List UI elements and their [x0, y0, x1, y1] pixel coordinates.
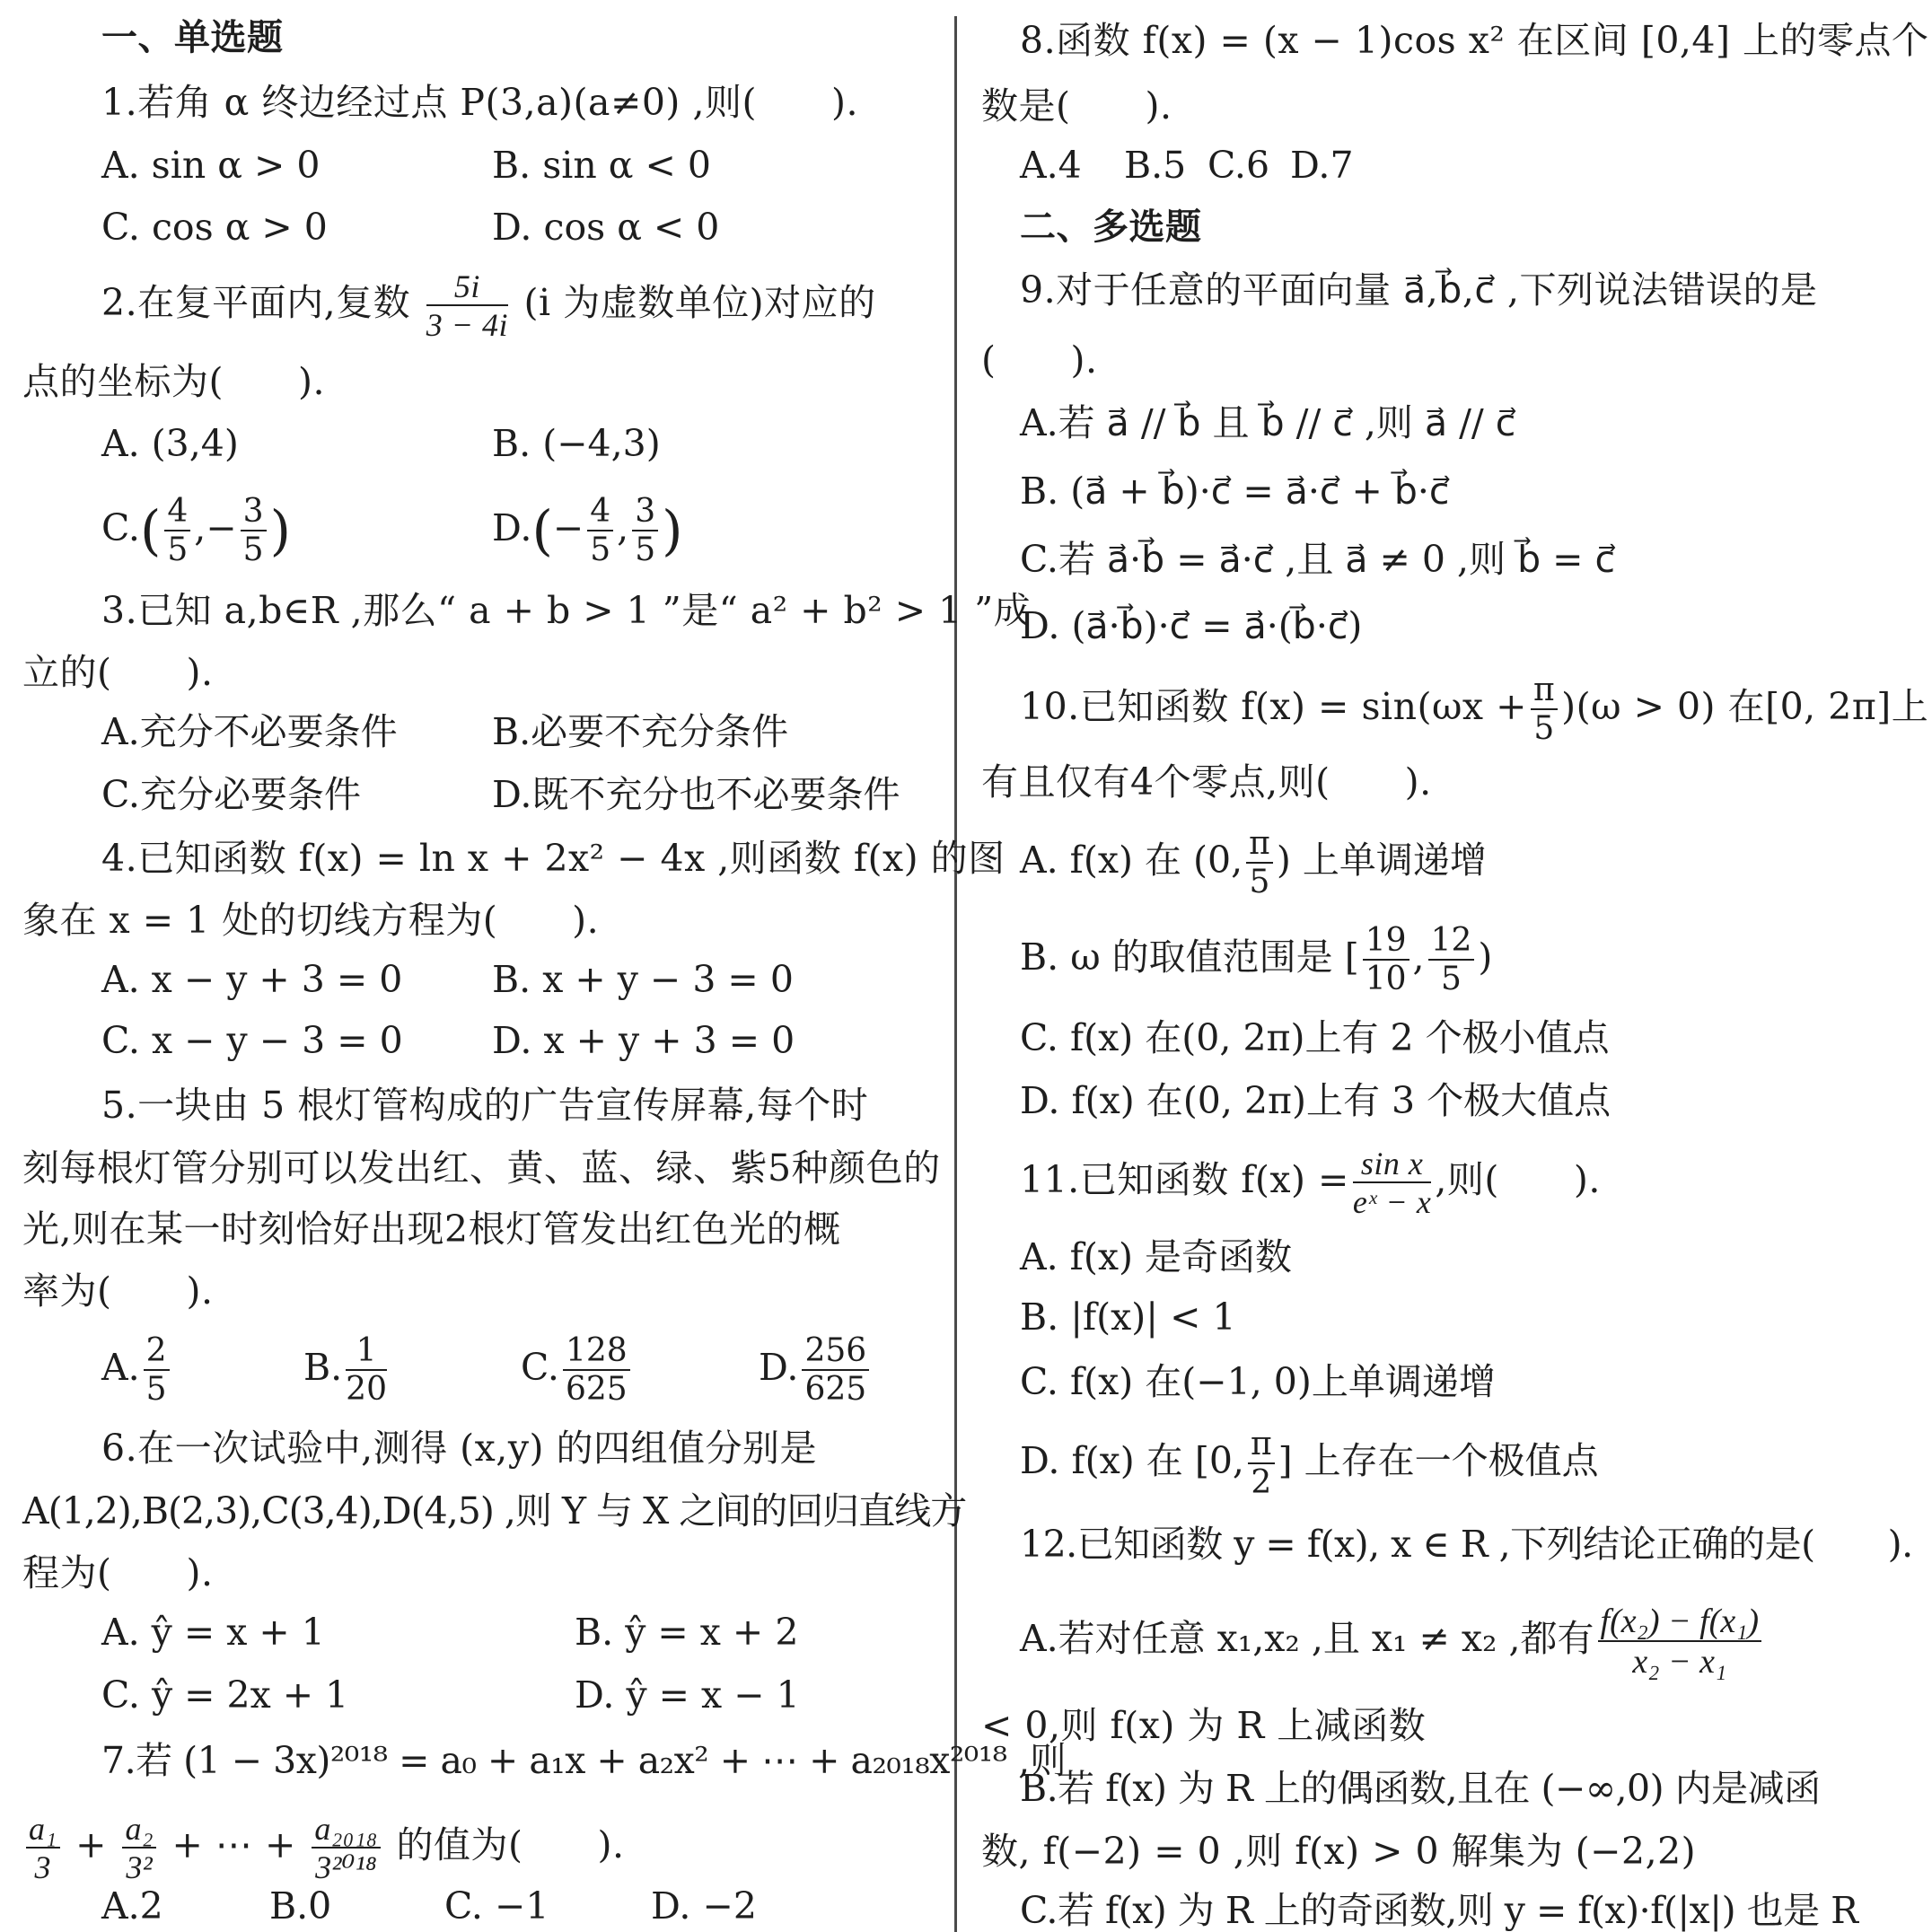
q2-stem-suffix: (i 为虚数单位)对应的 — [524, 281, 876, 324]
q7-term2-num: a₂ — [122, 1813, 156, 1849]
q7-term3-den: 3²⁰¹⁸ — [312, 1849, 381, 1884]
q10-option-a[interactable]: A. f(x) 在 (0,π5) 上单调递增 — [1020, 820, 1487, 900]
q4-option-c[interactable]: C. x − y − 3 = 0 — [101, 1018, 403, 1063]
q2-option-d[interactable]: D.(−45,35) — [492, 487, 683, 568]
q12-option-a[interactable]: A.若对任意 x₁,x₂ ,且 x₁ ≠ x₂ ,都有f(x₂) − f(x₁)… — [1020, 1589, 1765, 1688]
section-heading-multiple-choice: 二、多选题 — [1020, 205, 1202, 250]
question-3-stem-line2: 立的( ). — [22, 650, 214, 695]
q2-fraction-num: 5i — [426, 270, 508, 306]
q2-option-c[interactable]: C.(45,−35) — [101, 487, 291, 568]
q12-a-den: x₂ − x₁ — [1598, 1642, 1762, 1679]
q9-option-a[interactable]: A.若 a⃗ // b⃗ 且 b⃗ // c⃗ ,则 a⃗ // c⃗ — [1020, 400, 1515, 445]
q2-stem-prefix: 2.在复平面内,复数 — [101, 281, 410, 324]
q7-option-d[interactable]: D. −2 — [651, 1884, 757, 1928]
q10-frac-num: π — [1531, 674, 1558, 710]
question-6-stem: 6.在一次试验中,测得 (x,y) 的四组值分别是 — [101, 1426, 817, 1471]
q8-option-b[interactable]: B.5 — [1124, 143, 1186, 188]
q1-option-b[interactable]: B. sin α < 0 — [492, 143, 711, 188]
q12-option-c[interactable]: C.若 f(x) 为 R 上的奇函数,则 y = f(x)·f(|x|) 也是 … — [1020, 1888, 1858, 1932]
q2-c-den1: 5 — [164, 531, 190, 566]
q5-c-den: 625 — [563, 1371, 630, 1406]
q7-option-c[interactable]: C. −1 — [444, 1884, 549, 1928]
q6-option-c[interactable]: C. ŷ = 2x + 1 — [101, 1673, 348, 1717]
question-6-stem-line2: A(1,2),B(2,3),C(3,4),D(4,5) ,则 Y 与 X 之间的… — [22, 1489, 966, 1533]
q11-d-num: π — [1248, 1428, 1275, 1464]
q10-stem-suffix: )(ω > 0) 在[0, 2π]上 — [1561, 685, 1928, 728]
q4-option-a[interactable]: A. x − y + 3 = 0 — [101, 957, 402, 1002]
q12-a-prefix: A.若对任意 x₁,x₂ ,且 x₁ ≠ x₂ ,都有 — [1020, 1617, 1594, 1660]
question-3-stem: 3.已知 a,b∈R ,那么“ a + b > 1 ”是“ a² + b² > … — [101, 588, 1031, 633]
section-heading-single-choice: 一、单选题 — [101, 15, 284, 60]
q2-c-den2: 5 — [241, 531, 267, 566]
q5-d-den: 625 — [802, 1371, 869, 1406]
q5-option-d[interactable]: D.256625 — [759, 1327, 873, 1408]
q11-option-b[interactable]: B. |f(x)| < 1 — [1020, 1295, 1236, 1339]
q10-a-prefix: A. f(x) 在 (0, — [1020, 839, 1243, 882]
q9-option-c[interactable]: C.若 a⃗·b⃗ = a⃗·c⃗ ,且 a⃗ ≠ 0 ,则 b⃗ = c⃗ — [1020, 537, 1615, 582]
q10-a-den: 5 — [1246, 864, 1273, 899]
q1-option-c[interactable]: C. cos α > 0 — [101, 205, 328, 250]
question-5-stem: 5.一块由 5 根灯管构成的广告宣传屏幕,每个时 — [101, 1083, 868, 1128]
q5-option-a[interactable]: A.25 — [101, 1327, 173, 1408]
q10-b-den2: 5 — [1428, 961, 1475, 996]
q3-option-c[interactable]: C.充分必要条件 — [101, 772, 361, 817]
q2-d-den1: 5 — [587, 531, 613, 566]
q2-c-num2: 3 — [241, 496, 267, 531]
q1-option-d[interactable]: D. cos α < 0 — [492, 205, 719, 250]
q5-b-num: 1 — [346, 1335, 387, 1371]
q11-frac-den: eˣ − x — [1353, 1183, 1431, 1218]
q12-option-b[interactable]: B.若 f(x) 为 R 上的偶函数,且在 (−∞,0) 内是减函 — [1020, 1766, 1821, 1811]
q7-term3-num: a₂₀₁₈ — [312, 1813, 381, 1849]
q2-option-b[interactable]: B. (−4,3) — [492, 421, 661, 466]
q10-stem-prefix: 10.已知函数 f(x) = sin(ωx + — [1020, 685, 1527, 728]
question-2-stem-line2: 点的坐标为( ). — [22, 359, 325, 404]
q1-option-a[interactable]: A. sin α > 0 — [101, 143, 320, 188]
q10-option-b[interactable]: B. ω 的取值范围是 [1910,125) — [1020, 917, 1492, 997]
q10-a-num: π — [1246, 828, 1273, 864]
q2-c-num1: 4 — [164, 496, 190, 531]
question-10-stem-line2: 有且仅有4个零点,则( ). — [981, 760, 1432, 804]
exam-page: 一、单选题 1.若角 α 终边经过点 P(3,a)(a≠0) ,则( ). A.… — [0, 0, 1932, 1932]
q7-term1-num: a₁ — [26, 1813, 60, 1849]
question-5-stem-line3: 光,则在某一时刻恰好出现2根灯管发出红色光的概 — [22, 1207, 841, 1251]
q7-term2-den: 3² — [122, 1849, 156, 1884]
question-12-stem: 12.已知函数 y = f(x), x ∈ R ,下列结论正确的是( ). — [1020, 1522, 1913, 1567]
q11-option-a[interactable]: A. f(x) 是奇函数 — [1020, 1234, 1292, 1279]
q2-option-c-label: C. — [101, 506, 140, 549]
q12-a-num: f(x₂) − f(x₁) — [1598, 1604, 1762, 1642]
q5-c-num: 128 — [563, 1335, 630, 1371]
question-1-stem: 1.若角 α 终边经过点 P(3,a)(a≠0) ,则( ). — [101, 80, 858, 125]
q7-stem-suffix: 的值为( ). — [396, 1823, 624, 1866]
question-6-stem-line3: 程为( ). — [22, 1550, 214, 1595]
question-9-stem: 9.对于任意的平面向量 a⃗,b⃗,c⃗ ,下列说法错误的是 — [1020, 268, 1817, 312]
q5-option-b-label: B. — [303, 1346, 342, 1389]
q7-option-a[interactable]: A.2 — [101, 1884, 163, 1928]
q2-d-num2: 3 — [632, 496, 658, 531]
q6-option-b[interactable]: B. ŷ = x + 2 — [575, 1610, 798, 1655]
q5-b-den: 20 — [346, 1371, 387, 1406]
q11-d-prefix: D. f(x) 在 [0, — [1020, 1439, 1244, 1482]
q10-option-d[interactable]: D. f(x) 在(0, 2π)上有 3 个极大值点 — [1020, 1078, 1611, 1123]
q10-b-suffix: ) — [1478, 935, 1492, 979]
q10-frac-den: 5 — [1531, 710, 1558, 745]
q10-b-prefix: B. ω 的取值范围是 [ — [1020, 935, 1359, 979]
question-9-stem-line2: ( ). — [981, 338, 1098, 382]
q11-d-suffix: ] 上存在一个极值点 — [1278, 1439, 1599, 1482]
question-2-stem: 2.在复平面内,复数 5i3 − 4i (i 为虚数单位)对应的 — [101, 262, 876, 343]
q4-option-b[interactable]: B. x + y − 3 = 0 — [492, 957, 794, 1002]
column-divider — [954, 16, 957, 1932]
q8-option-a[interactable]: A.4 — [1020, 143, 1082, 188]
q2-d-den2: 5 — [632, 531, 658, 566]
q5-d-num: 256 — [802, 1335, 869, 1371]
q4-option-d[interactable]: D. x + y + 3 = 0 — [492, 1018, 795, 1063]
q11-frac-num: sin x — [1353, 1147, 1431, 1183]
question-5-stem-line2: 刻每根灯管分别可以发出红、黄、蓝、绿、紫5种颜色的 — [22, 1146, 941, 1190]
q10-a-suffix: ) 上单调递增 — [1277, 839, 1487, 882]
q5-option-a-label: A. — [101, 1346, 140, 1389]
q5-option-b[interactable]: B.120 — [303, 1327, 391, 1408]
q2-option-a[interactable]: A. (3,4) — [101, 421, 239, 466]
q11-d-den: 2 — [1248, 1464, 1275, 1499]
q2-d-num1: 4 — [587, 496, 613, 531]
q7-option-b[interactable]: B.0 — [269, 1884, 331, 1928]
q2-option-d-label: D. — [492, 506, 531, 549]
q10-b-num2: 12 — [1428, 925, 1475, 961]
q7-term1-den: 3 — [26, 1849, 60, 1884]
question-8-stem: 8.函数 f(x) = (x − 1)cos x² 在区间 [0,4] 上的零点… — [1020, 18, 1929, 63]
q11-option-c[interactable]: C. f(x) 在(−1, 0)上单调递增 — [1020, 1359, 1496, 1404]
question-11-stem: 11.已知函数 f(x) =sin xeˣ − x,则( ). — [1020, 1139, 1601, 1220]
q8-option-c[interactable]: C.6 — [1207, 143, 1269, 188]
q6-option-d[interactable]: D. ŷ = x − 1 — [575, 1673, 800, 1717]
q5-option-c[interactable]: C.128625 — [521, 1327, 634, 1408]
q3-option-a[interactable]: A.充分不必要条件 — [101, 709, 398, 754]
q9-option-d[interactable]: D. (a⃗·b⃗)·c⃗ = a⃗·(b⃗·c⃗) — [1020, 603, 1362, 648]
q2-fraction: 5i3 − 4i — [426, 270, 508, 341]
q10-b-den1: 10 — [1363, 961, 1409, 996]
q5-option-d-label: D. — [759, 1346, 798, 1389]
q7-ellipsis: + ⋯ + — [172, 1823, 296, 1866]
question-10-stem: 10.已知函数 f(x) = sin(ωx +π5)(ω > 0) 在[0, 2… — [1020, 666, 1928, 747]
q12-option-b-line2: 数, f(−2) = 0 ,则 f(x) > 0 解集为 (−2,2) — [981, 1829, 1696, 1874]
q2-fraction-den: 3 − 4i — [426, 306, 508, 341]
q7-plus: + — [75, 1823, 107, 1866]
q6-option-a[interactable]: A. ŷ = x + 1 — [101, 1610, 325, 1655]
q5-option-c-label: C. — [521, 1346, 559, 1389]
q11-option-d[interactable]: D. f(x) 在 [0,π2] 上存在一个极值点 — [1020, 1420, 1599, 1501]
q3-option-b[interactable]: B.必要不充分条件 — [492, 709, 788, 754]
question-8-stem-line2: 数是( ). — [981, 83, 1172, 128]
question-7-stem-line2: a₁3 + a₂3² + ⋯ + a₂₀₁₈3²⁰¹⁸ 的值为( ). — [22, 1805, 625, 1885]
question-4-stem-line2: 象在 x = 1 处的切线方程为( ). — [22, 898, 599, 943]
q11-stem-suffix: ,则( ). — [1435, 1158, 1601, 1201]
q8-option-d[interactable]: D.7 — [1290, 143, 1354, 188]
q10-option-c[interactable]: C. f(x) 在(0, 2π)上有 2 个极小值点 — [1020, 1015, 1610, 1060]
q10-b-num1: 19 — [1363, 925, 1409, 961]
q3-option-d[interactable]: D.既不充分也不必要条件 — [492, 772, 900, 817]
q5-a-num: 2 — [144, 1335, 170, 1371]
question-4-stem: 4.已知函数 f(x) = ln x + 2x² − 4x ,则函数 f(x) … — [101, 836, 1006, 881]
q9-option-b[interactable]: B. (a⃗ + b⃗)·c⃗ = a⃗·c⃗ + b⃗·c⃗ — [1020, 469, 1449, 514]
question-7-stem: 7.若 (1 − 3x)²⁰¹⁸ = a₀ + a₁x + a₂x² + ⋯ +… — [101, 1738, 1066, 1783]
question-5-stem-line4: 率为( ). — [22, 1269, 214, 1313]
q11-stem-prefix: 11.已知函数 f(x) = — [1020, 1158, 1349, 1201]
q5-a-den: 5 — [144, 1371, 170, 1406]
q12-option-a-line2: < 0,则 f(x) 为 R 上减函数 — [981, 1703, 1426, 1748]
